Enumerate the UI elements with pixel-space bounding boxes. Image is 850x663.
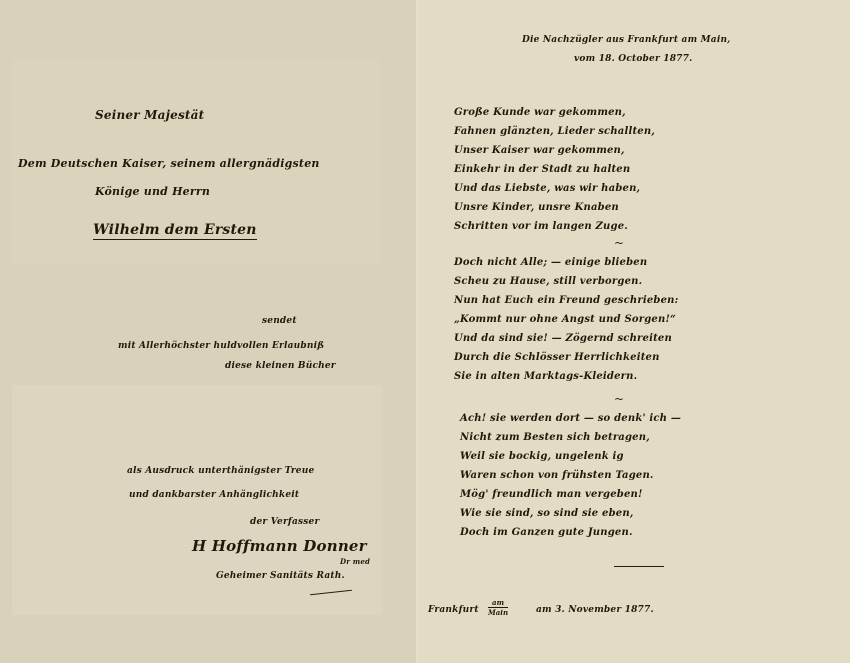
sends-line-3: diese kleinen Bücher [225,361,336,371]
left-page: Seiner Majestät Dem Deutschen Kaiser, se… [0,0,416,663]
poem-heading-line-2: vom 18. October 1877. [574,54,692,64]
stanza-line: Sie in alten Marktags-Kleidern. [454,371,637,382]
dedication-line-1: Dem Deutschen Kaiser, seinem allergnädig… [18,157,320,170]
stanza-line: Fahnen glänzten, Lieder schallten, [454,126,655,137]
signature: H Hoffmann Donner [192,537,367,555]
dateline-place: Frankfurt [428,605,479,615]
signature-title: Geheimer Sanitäts Rath. [216,571,345,581]
dedication-line-3: Wilhelm dem Ersten [93,222,257,240]
right-page: Die Nachzügler aus Frankfurt am Main, vo… [418,0,850,663]
stanza-line: Und da sind sie! — Zögernd schreiten [454,333,672,344]
title-superscript: Dr med [340,557,370,566]
stanza-line: Unsre Kinder, unsre Knaben [454,202,619,213]
fraction-bottom: Main [488,608,508,617]
stanza-line: Und das Liebste, was wir haben, [454,183,640,194]
closing-line-1: als Ausdruck unterthänigster Treue [127,466,314,476]
sends-line-2: mit Allerhöchster huldvollen Erlaubniß [118,341,324,351]
ornament-divider-2: ~ [614,392,624,406]
stanza-line: Doch nicht Alle; — einige blieben [454,257,647,268]
fraction-top: am [488,598,508,608]
stanza-line: Weil sie bockig, ungelenk ig [460,451,624,462]
closing-flourish [614,566,664,567]
stanza-line: Waren schon von frühsten Tagen. [460,470,654,481]
stanza-line: „Kommt nur ohne Angst und Sorgen!“ [454,314,676,325]
dateline-date: am 3. November 1877. [536,605,654,615]
poem-heading-line-1: Die Nachzügler aus Frankfurt am Main, [522,35,731,45]
closing-line-3: der Verfasser [250,517,319,527]
stanza-line: Nicht zum Besten sich betragen, [460,432,650,443]
stanza-line: Große Kunde war gekommen, [454,107,626,118]
stanza-line: Doch im Ganzen gute Jungen. [460,527,633,538]
stanza-line: Ach! sie werden dort — so denk' ich — [460,413,681,424]
stanza-line: Scheu zu Hause, still verborgen. [454,276,642,287]
stanza-line: Nun hat Euch ein Freund geschrieben: [454,295,679,306]
closing-line-2: und dankbarster Anhänglichkeit [129,490,299,500]
dedication-salutation: Seiner Majestät [95,108,204,122]
sends-line-1: sendet [262,316,297,326]
ornament-divider-1: ~ [614,236,624,250]
stanza-line: Einkehr in der Stadt zu halten [454,164,630,175]
stanza-line: Unser Kaiser war gekommen, [454,145,625,156]
stanza-line: Schritten vor im langen Zuge. [454,221,628,232]
stanza-line: Mög' freundlich man vergeben! [460,489,643,500]
stanza-line: Durch die Schlösser Herrlichkeiten [454,352,660,363]
dateline-place-fraction: am Main [488,598,508,617]
dedication-line-2: Könige und Herrn [95,185,210,198]
stanza-line: Wie sie sind, so sind sie eben, [460,508,634,519]
